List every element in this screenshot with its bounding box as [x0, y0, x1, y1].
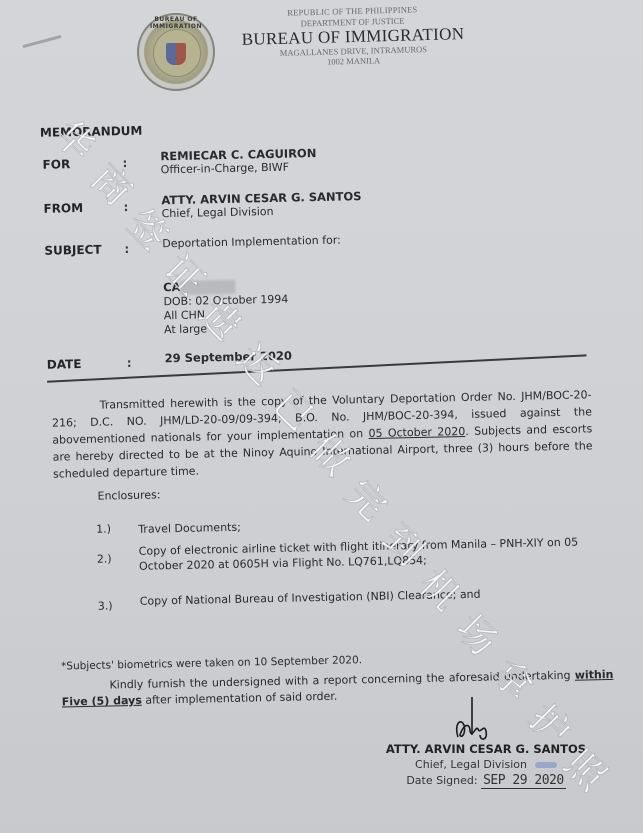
for-recipient: REMIECAR C. CAGUIRON Officer-in-Charge, …	[160, 146, 317, 177]
subject-status: At large	[164, 321, 289, 338]
subject-text: Deportation Implementation for:	[162, 234, 341, 252]
memo-date: 29 September 2020	[165, 349, 293, 366]
enclosures-title: Enclosures:	[97, 488, 160, 502]
memo-type: MEMORANDUM	[40, 124, 143, 140]
enclosure-2-number: 2.)	[97, 552, 112, 565]
subject-details: CA DOB: 02 October 1994 All CHN At large	[163, 278, 289, 338]
from-label: FROM	[43, 201, 83, 216]
recipient-title: Officer-in-Charge, BIWF	[161, 160, 317, 177]
enclosure-2-text: Copy of electronic airline ticket with f…	[139, 534, 610, 574]
date-value: 29 September 2020	[165, 349, 293, 367]
date-colon: :	[127, 356, 132, 370]
closing-paragraph: Kindly furnish the undersigned with a re…	[61, 667, 614, 711]
date-signed-label: Date Signed:	[406, 774, 477, 787]
date-label: DATE	[47, 357, 82, 372]
enclosure-3-text: Copy of National Bureau of Investigation…	[140, 584, 610, 609]
for-label: FOR	[42, 157, 70, 172]
initial-mark-icon	[535, 762, 557, 768]
document-page: BUREAU OF IMMIGRATION REPUBLIC OF THE PH…	[0, 0, 643, 833]
enclosure-1-number: 1.)	[96, 522, 111, 535]
from-colon: :	[123, 200, 128, 214]
date-signed: Date Signed: SEP 29 2020	[376, 773, 596, 789]
subject-label: SUBJECT	[44, 243, 101, 258]
sender-title: Chief, Legal Division	[162, 203, 362, 221]
enclosure-3-number: 3.)	[98, 599, 113, 612]
subject-dob: DOB: 02 October 1994	[163, 293, 288, 310]
signatory-name: ATTY. ARVIN CESAR G. SANTOS	[376, 742, 596, 756]
closing-part-a: Kindly furnish the undersigned with a re…	[109, 669, 575, 692]
date-signed-stamp: SEP 29 2020	[481, 773, 566, 789]
closing-text: Kindly furnish the undersigned with a re…	[61, 667, 614, 711]
transmittal-part-a: Transmitted herewith is the copy of the …	[52, 388, 592, 446]
enclosure-1-text: Travel Documents;	[138, 512, 608, 537]
closing-part-b: after implementation of said order.	[142, 690, 338, 707]
signatory-title: Chief, Legal Division	[376, 758, 596, 771]
transmittal-text: Transmitted herewith is the copy of the …	[51, 386, 593, 482]
subject-colon: :	[124, 242, 129, 256]
redacted-name	[180, 280, 235, 295]
signature-icon	[450, 695, 500, 745]
signatory-title-text: Chief, Legal Division	[415, 758, 527, 771]
implementation-date: 05 October 2020	[368, 425, 465, 440]
biometrics-note: *Subjects' biometrics were taken on 10 S…	[61, 654, 362, 672]
person-name: CA	[163, 280, 181, 294]
for-colon: :	[122, 156, 127, 170]
memo-content: MEMORANDUM FOR : REMIECAR C. CAGUIRON Of…	[0, 0, 643, 833]
signature-block: ATTY. ARVIN CESAR G. SANTOS Chief, Legal…	[376, 742, 596, 789]
from-sender: ATTY. ARVIN CESAR G. SANTOS Chief, Legal…	[161, 189, 362, 221]
body-paragraph-1: Transmitted herewith is the copy of the …	[51, 386, 593, 482]
